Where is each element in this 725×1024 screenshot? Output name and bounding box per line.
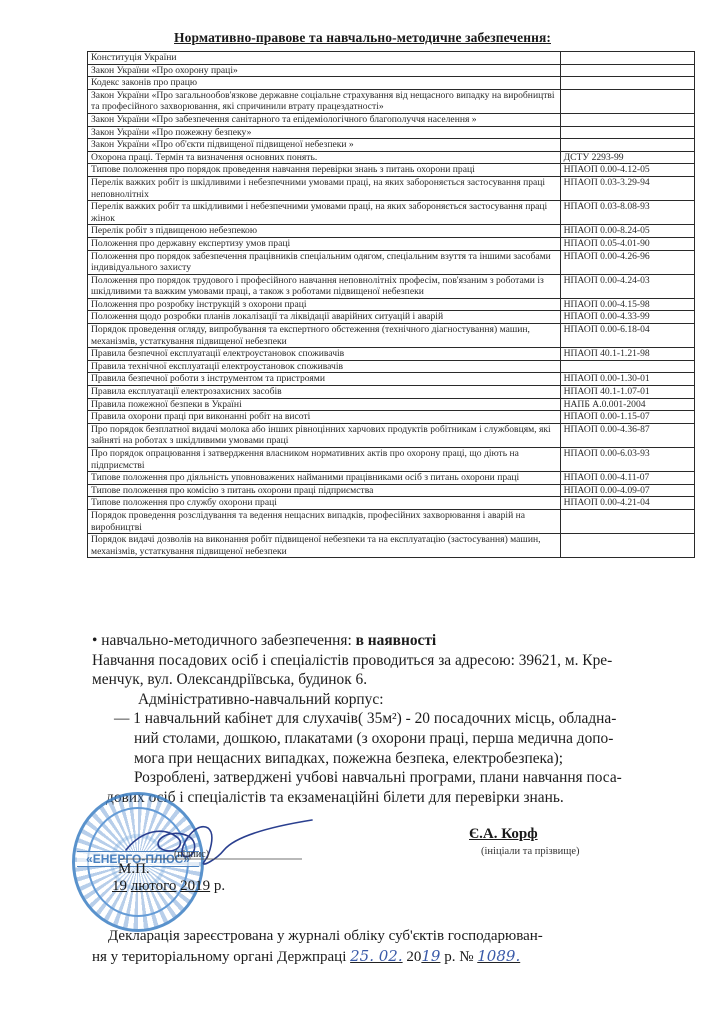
regulation-name: Перелік робіт з підвищеною небезпекою (88, 225, 561, 238)
regulation-code: НПАОП 0.00-4.24-03 (560, 274, 694, 298)
regulation-code: НПАОП 0.00-4.33-99 (560, 311, 694, 324)
methodical-label: навчально-методичного забезпечення: (101, 632, 352, 649)
regulation-name: Перелік важких робіт та шкідливими і неб… (88, 201, 561, 225)
table-row: Положення про державну експертизу умов п… (88, 237, 695, 250)
regulation-name: Положення щодо розробки планів локалізац… (88, 311, 561, 324)
table-row: Порядок проведення розслідування та веде… (88, 509, 695, 533)
date-day: 19 (112, 878, 127, 894)
signing-date: 19 лютого 2019 р. (112, 878, 225, 895)
regulation-code (560, 534, 694, 558)
table-row: Правила пожежної безпеки в УкраїніНАПБ А… (88, 398, 695, 411)
regulation-name: Закон України «Про об'єкти підвищеної пі… (88, 139, 561, 152)
regulation-name: Перелік важких робіт із шкідливими і неб… (88, 176, 561, 200)
table-row: Порядок проведення огляду, випробування … (88, 324, 695, 348)
declaration-line-2: ня у територіальному органі Держпраці 25… (92, 946, 698, 967)
address-line-1: Навчання посадових осіб і спеціалістів п… (92, 651, 692, 671)
regulation-name: Про порядок опрацювання і затвердження в… (88, 448, 561, 472)
regulation-code: НПАОП 0.00-4.36-87 (560, 423, 694, 447)
regulation-name: Кодекс законів про працю (88, 77, 561, 90)
table-row: Закон України «Про об'єкти підвищеної пі… (88, 139, 695, 152)
regulation-code: НПАОП 0.00-4.15-98 (560, 298, 694, 311)
address-line-2: менчук, вул. Олександріївська, будинок 6… (92, 670, 692, 690)
regulation-code: НПАОП 40.1-1.21-98 (560, 348, 694, 361)
methodical-heading: • навчально-методичного забезпечення: в … (92, 631, 692, 651)
date-month: лютого (131, 878, 177, 894)
regulation-name: Закон України «Про забезпечення санітарн… (88, 113, 561, 126)
table-row: Закон України «Про загальнообов'язкове д… (88, 89, 695, 113)
regulation-name: Положення про розробку інструкцій з охор… (88, 298, 561, 311)
declaration-line-1: Декларація зареєстрована у журналі облік… (108, 926, 698, 946)
table-row: Охорона праці. Термін та визначення осно… (88, 151, 695, 164)
table-row: Перелік важких робіт та шкідливими і неб… (88, 201, 695, 225)
table-row: Правила охорони праці при виконанні робі… (88, 411, 695, 424)
regulation-name: Положення про державну експертизу умов п… (88, 237, 561, 250)
regulation-code (560, 52, 694, 65)
regulation-code: НПАОП 0.05-4.01-90 (560, 237, 694, 250)
table-row: Закон України «Про охорону праці» (88, 64, 695, 77)
regulation-code: НПАОП 0.00-4.11-07 (560, 472, 694, 485)
regulation-code (560, 77, 694, 90)
regulation-code: НПАОП 0.03-8.08-93 (560, 201, 694, 225)
table-row: Правила безпечної роботи з інструментом … (88, 373, 695, 386)
regulation-code: НАПБ А.0.001-2004 (560, 398, 694, 411)
regulation-name: Порядок видачі дозволів на виконання роб… (88, 534, 561, 558)
registration-year: 19 (421, 947, 440, 965)
regulation-code: НПАОП 0.00-8.24-05 (560, 225, 694, 238)
regulation-code: НПАОП 0.00-4.26-96 (560, 250, 694, 274)
table-row: Типове положення про комісію з питань ох… (88, 484, 695, 497)
regulation-code: НПАОП 0.03-3.29-94 (560, 176, 694, 200)
declaration-authority: ня у територіальному органі Держпраці (92, 949, 346, 965)
bullet: • (92, 632, 97, 649)
seal-label: М.П. (118, 861, 150, 878)
declaration-registration: Декларація зареєстрована у журналі облік… (108, 926, 698, 967)
regulation-name: Закон України «Про пожежну безпеку» (88, 126, 561, 139)
date-suffix: р. (214, 878, 225, 894)
registration-number: 1089. (477, 947, 520, 965)
regulation-code: НПАОП 0.00-6.03-93 (560, 448, 694, 472)
table-row: Типове положення про діяльність уповнова… (88, 472, 695, 485)
table-row: Перелік важких робіт із шкідливими і неб… (88, 176, 695, 200)
table-row: Положення про розробку інструкцій з охор… (88, 298, 695, 311)
signer-name: Є.А. Корф (469, 826, 538, 843)
regulation-name: Правила охорони праці при виконанні робі… (88, 411, 561, 424)
table-row: Про порядок опрацювання і затвердження в… (88, 448, 695, 472)
room-line-2: ний столами, дошкою, плакатами (з охорон… (92, 729, 692, 749)
regulation-name: Положення про порядок трудового і профес… (88, 274, 561, 298)
regulation-name: Охорона праці. Термін та визначення осно… (88, 151, 561, 164)
table-row: Положення про порядок забезпечення праці… (88, 250, 695, 274)
table-row: Конституція України (88, 52, 695, 65)
regulation-code (560, 113, 694, 126)
programs-line-2: дових осіб і спеціалістів та екзаменацій… (92, 788, 692, 808)
regulation-name: Закон України «Про загальнообов'язкове д… (88, 89, 561, 113)
table-row: Правила технічної експлуатації електроус… (88, 360, 695, 373)
table-row: Про порядок безплатної видачі молока або… (88, 423, 695, 447)
regulation-code: НПАОП 0.00-1.15-07 (560, 411, 694, 424)
signer-caption: (ініціали та прізвище) (481, 846, 579, 857)
regulation-name: Про порядок безплатної видачі молока або… (88, 423, 561, 447)
regulation-name: Типове положення про порядок проведення … (88, 164, 561, 177)
regulation-code (560, 509, 694, 533)
table-row: Типове положення про службу охорони прац… (88, 497, 695, 510)
registration-date: 25. 02. (350, 947, 402, 965)
regulation-code: НПАОП 40.1-1.07-01 (560, 386, 694, 399)
table-row: Кодекс законів про працю (88, 77, 695, 90)
room-line-3: мога при нещасних випадках, пожежна безп… (92, 749, 692, 769)
regulation-code (560, 64, 694, 77)
regulation-name: Типове положення про комісію з питань ох… (88, 484, 561, 497)
page-title: Нормативно-правове та навчально-методичн… (0, 30, 725, 46)
table-row: Положення щодо розробки планів локалізац… (88, 311, 695, 324)
regulation-code (560, 360, 694, 373)
regulation-name: Типове положення про діяльність уповнова… (88, 472, 561, 485)
regulation-code: НПАОП 0.00-6.18-04 (560, 324, 694, 348)
building-line: Адміністративно-навчальний корпус: (92, 690, 692, 710)
date-year: 2019 (180, 878, 210, 894)
regulation-name: Конституція України (88, 52, 561, 65)
table-row: Закон України «Про забезпечення санітарн… (88, 113, 695, 126)
regulation-name: Правила експлуатації електрозахисних зас… (88, 386, 561, 399)
table-row: Порядок видачі дозволів на виконання роб… (88, 534, 695, 558)
regulation-code (560, 126, 694, 139)
programs-line-1: Розроблені, затверджені учбові навчальні… (92, 768, 692, 788)
regulation-name: Порядок проведення розслідування та веде… (88, 509, 561, 533)
regulation-code: НПАОП 0.00-4.21-04 (560, 497, 694, 510)
regulation-code: НПАОП 0.00-4.09-07 (560, 484, 694, 497)
table-row: Типове положення про порядок проведення … (88, 164, 695, 177)
year-suffix: р. № (444, 949, 473, 965)
room-line-1: — 1 навчальний кабінет для слухачів( 35м… (92, 709, 692, 729)
table-row: Закон України «Про пожежну безпеку» (88, 126, 695, 139)
signature-caption: (підпис) (174, 849, 209, 860)
regulation-name: Типове положення про службу охорони прац… (88, 497, 561, 510)
methodical-section: • навчально-методичного забезпечення: в … (92, 631, 692, 807)
regulation-code (560, 139, 694, 152)
regulation-name: Порядок проведення огляду, випробування … (88, 324, 561, 348)
regulation-name: Правила технічної експлуатації електроус… (88, 360, 561, 373)
regulation-name: Правила безпечної експлуатації електроус… (88, 348, 561, 361)
year-prefix: 20 (406, 949, 421, 965)
methodical-status: в наявності (356, 632, 437, 649)
regulation-name: Закон України «Про охорону праці» (88, 64, 561, 77)
regulation-name: Правила безпечної роботи з інструментом … (88, 373, 561, 386)
regulation-code: ДСТУ 2293-99 (560, 151, 694, 164)
table-row: Положення про порядок трудового і профес… (88, 274, 695, 298)
regulation-code: НПАОП 0.00-4.12-05 (560, 164, 694, 177)
regulation-name: Правила пожежної безпеки в Україні (88, 398, 561, 411)
regulation-code: НПАОП 0.00-1.30-01 (560, 373, 694, 386)
regulation-name: Положення про порядок забезпечення праці… (88, 250, 561, 274)
table-row: Правила безпечної експлуатації електроус… (88, 348, 695, 361)
table-row: Перелік робіт з підвищеною небезпекоюНПА… (88, 225, 695, 238)
regulation-code (560, 89, 694, 113)
table-row: Правила експлуатації електрозахисних зас… (88, 386, 695, 399)
regulations-table: Конституція УкраїниЗакон України «Про ох… (87, 51, 695, 558)
